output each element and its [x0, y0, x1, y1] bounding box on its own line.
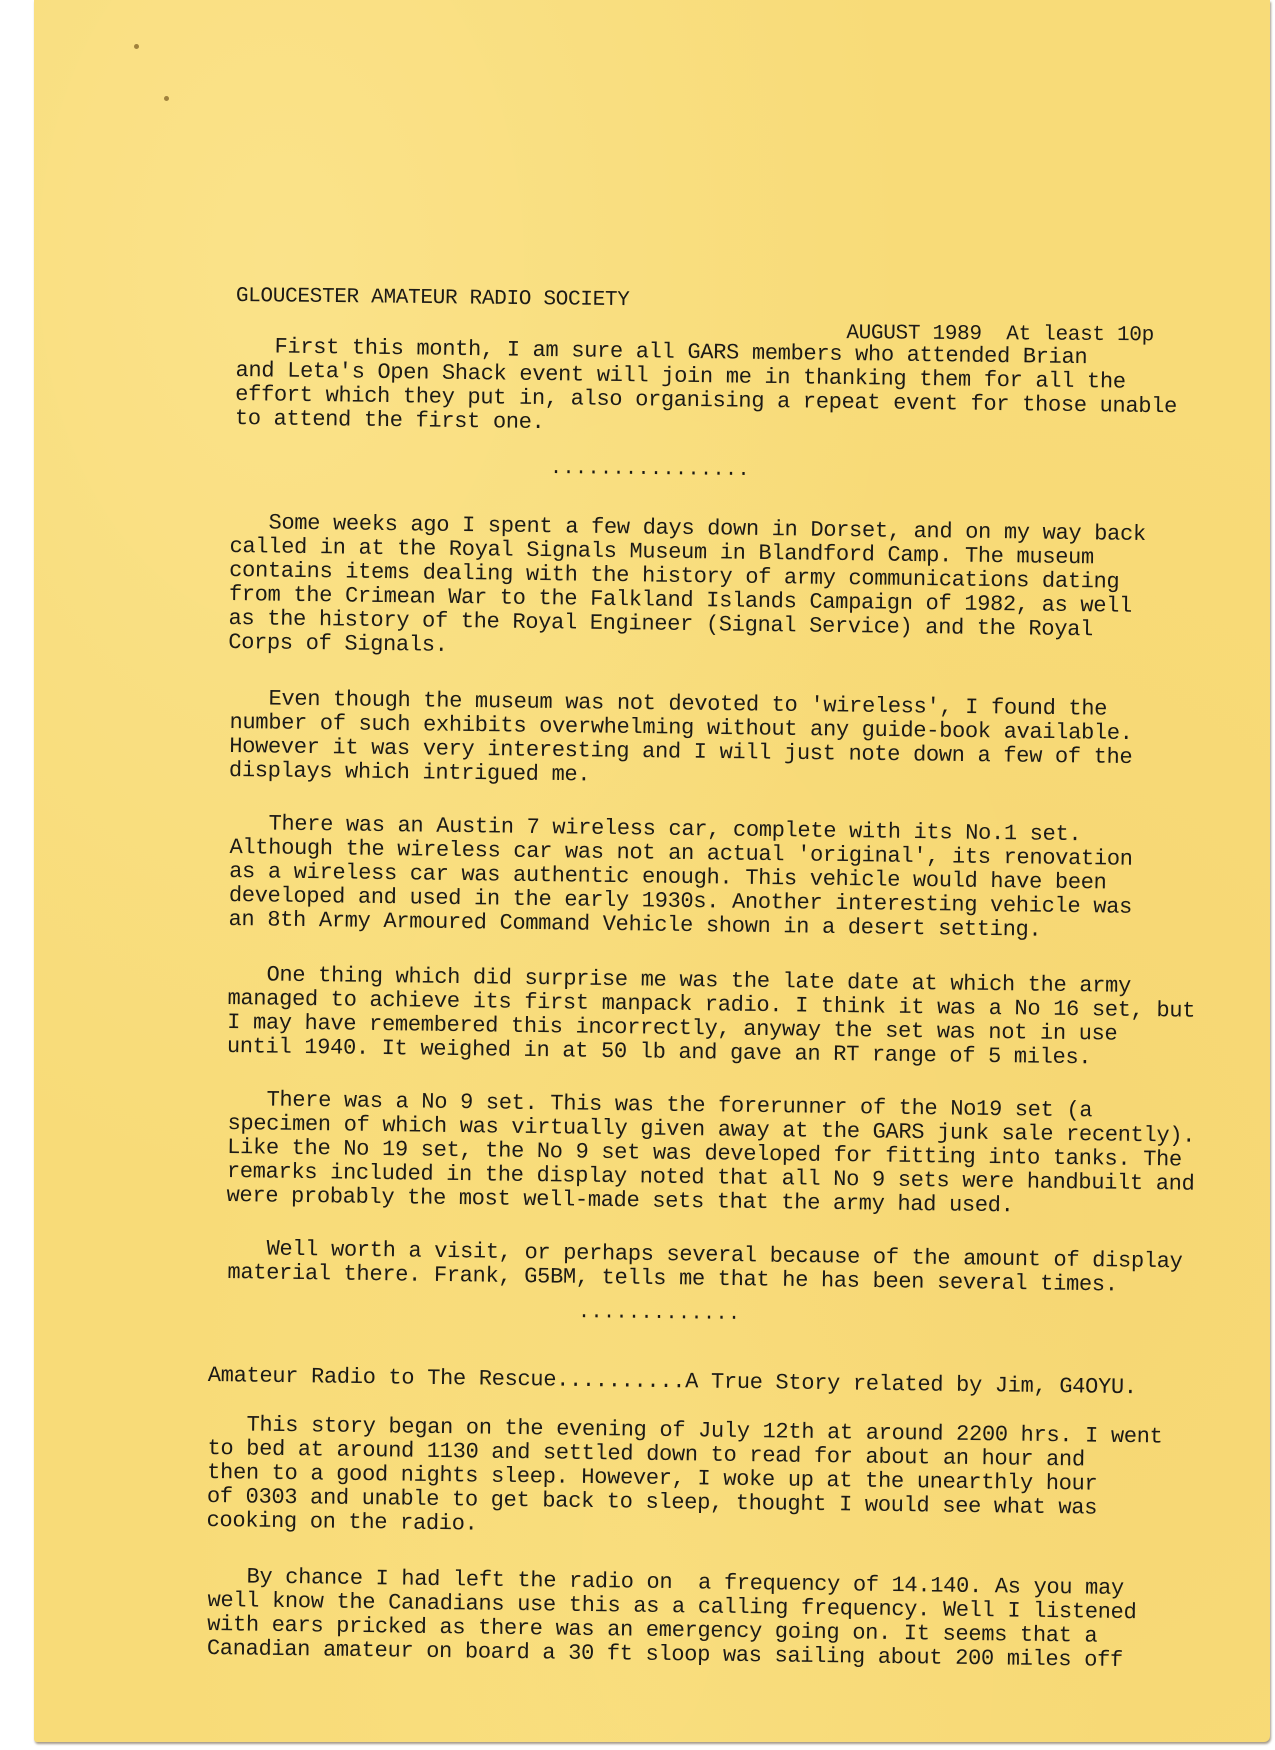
paragraph-story-begin: This story began on the evening of July … [206, 1413, 1162, 1545]
paragraph-intro: First this month, I am sure all GARS mem… [235, 335, 1178, 443]
dotted-separator: ............. [578, 1301, 741, 1326]
paragraph-austin-7: There was an Austin 7 wireless car, comp… [228, 812, 1133, 944]
paragraph-no9-set: There was a No 9 set. This was the forer… [226, 1088, 1195, 1221]
paragraph-frequency: By chance I had left the radio on a freq… [207, 1565, 1137, 1673]
staple-hole-mark [164, 96, 169, 101]
paragraph-museum-visit: Some weeks ago I spent a few days down i… [228, 511, 1146, 667]
spacer [982, 323, 1007, 346]
dotted-separator: ................ [550, 457, 750, 482]
society-name: GLOUCESTER AMATEUR RADIO SOCIETY [236, 285, 630, 313]
paragraph-manpack: One thing which did surprise me was the … [227, 963, 1196, 1072]
paragraph-wireless-exhibits: Even though the museum was not devoted t… [229, 687, 1133, 794]
staple-hole-mark [134, 44, 139, 49]
issue-and-price: AUGUST 1989 At least 10p [822, 298, 1154, 348]
